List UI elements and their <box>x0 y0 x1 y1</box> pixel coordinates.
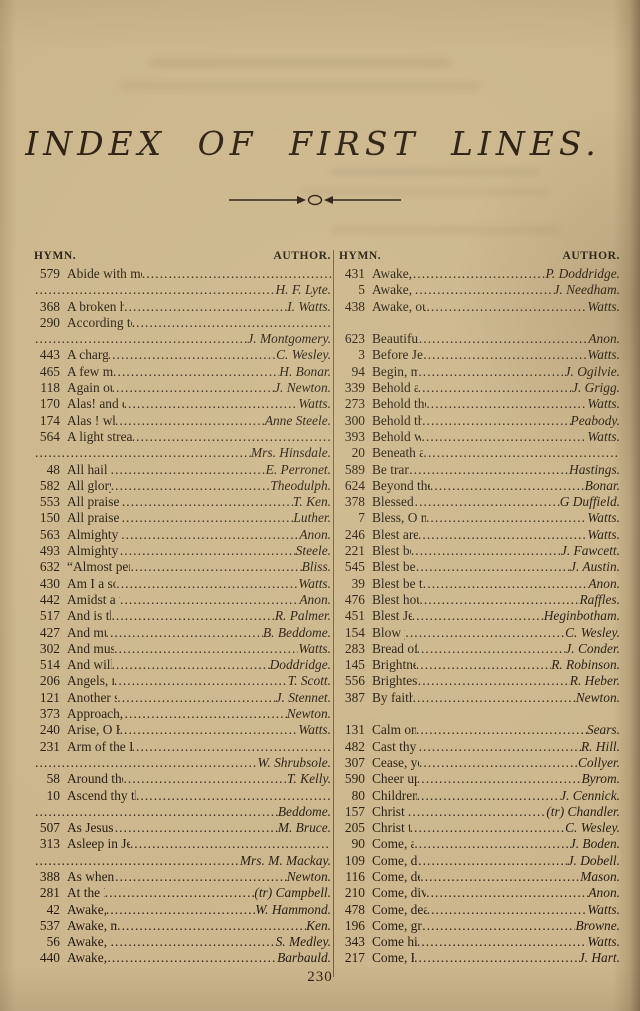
author-name: J. Fawcett. <box>561 543 620 559</box>
dot-leader <box>418 364 564 380</box>
author-name: Watts. <box>587 510 620 526</box>
dot-leader <box>418 853 567 869</box>
hymn-number: 564 <box>34 429 60 445</box>
first-line: By faith in Christ I walk <box>372 690 413 706</box>
index-entry: 623Beautiful Zion, built aboveAnon. <box>339 331 620 347</box>
hymn-number: 624 <box>339 478 365 494</box>
hymn-number: 443 <box>34 347 60 363</box>
first-line: Blessed Saviour ! thee I love <box>372 494 415 510</box>
hymn-number: 476 <box>339 592 365 608</box>
dot-leader <box>115 820 278 836</box>
hymn-number: 537 <box>34 918 60 934</box>
dot-leader <box>122 510 294 526</box>
author-name: Bonar. <box>585 478 620 494</box>
author-name: W. Shrubsole. <box>257 755 331 771</box>
hymn-number: 94 <box>339 364 365 380</box>
index-entry: 537Awake, my soul, and withKen. <box>34 918 331 934</box>
dot-leader <box>117 690 275 706</box>
hymn-number: 623 <box>339 331 365 347</box>
bleedthrough-smudge <box>330 226 560 234</box>
author-name: T. Ken. <box>293 494 331 510</box>
hymn-number: 589 <box>339 462 365 478</box>
dot-leader <box>105 885 255 901</box>
dot-leader <box>419 592 579 608</box>
first-line: Christ the Lord, is risen <box>372 820 410 836</box>
author-header: AUTHOR. <box>273 250 331 262</box>
first-line: Bread of heaven ! on thee we <box>372 641 417 657</box>
hymn-number: 553 <box>34 494 60 510</box>
index-entry: 430Am I a soldier of the crossWatts. <box>34 576 331 592</box>
index-entry: 56Awake, my soul, in joyfulS. Medley. <box>34 934 331 950</box>
index-entry: 388As when the weary travelerNewton. <box>34 869 331 885</box>
index-entry: 440Awake, my soul, lift upBarbauld. <box>34 950 331 966</box>
first-line: Awake, my soul, lift up <box>67 950 107 966</box>
first-line: All hail the power of Jesus’ <box>67 462 111 478</box>
hymn-number: 290 <box>34 315 60 331</box>
dot-leader <box>410 820 566 836</box>
hymn-number: 246 <box>339 527 365 543</box>
author-name: T. Scott. <box>288 673 331 689</box>
hymn-number: 438 <box>339 299 365 315</box>
dot-leader <box>122 494 293 510</box>
index-entry: 478Come, dearest Lord, descend andWatts. <box>339 902 620 918</box>
hymn-number: 205 <box>339 820 365 836</box>
index-entry: 431Awake, my soul, stretch everyP. Doddr… <box>339 266 620 282</box>
author-name: J. Ogilvie. <box>565 364 620 380</box>
first-line: And must I part with all <box>67 625 106 641</box>
first-line: At the Lamb’s high feast <box>67 885 105 901</box>
first-line: All praise to thee, Eternal Lord <box>67 510 122 526</box>
hymn-number: 590 <box>339 771 365 787</box>
dot-leader <box>418 673 570 689</box>
dot-leader <box>142 266 331 282</box>
author-name: Browne. <box>575 918 620 934</box>
index-entry: 590Cheer up, desponding soulByrom. <box>339 771 620 787</box>
index-entry: 589Be tranquil, O my soulHastings. <box>339 462 620 478</box>
first-line: Come, all ye saints of God <box>372 836 414 852</box>
author-name: Bliss. <box>302 559 331 575</box>
first-line: Arise, O King of grace, arise <box>67 722 120 738</box>
author-name: Barbauld. <box>277 950 331 966</box>
dot-leader <box>113 364 279 380</box>
dot-leader <box>123 771 287 787</box>
index-entry: 281At the Lamb’s high feast(tr) Campbell… <box>34 885 331 901</box>
dot-leader <box>112 657 270 673</box>
dot-leader <box>121 527 299 543</box>
index-entry-continuation: H. F. Lyte. <box>34 282 331 298</box>
first-line: Blest be thy love, dear Lord <box>372 559 416 575</box>
hymn-number: 3 <box>339 347 365 363</box>
dot-leader <box>423 576 589 592</box>
hymn-number: 121 <box>34 690 60 706</box>
hymn-number: 170 <box>34 396 60 412</box>
hymn-number: 109 <box>339 853 365 869</box>
dot-leader <box>130 559 301 575</box>
author-name: E. Perronet. <box>266 462 331 478</box>
index-entry: 154Blow ye the trumpetC. Wesley. <box>339 625 620 641</box>
hymn-number: 339 <box>339 380 365 396</box>
first-line: Before Jehovah’s awful throne <box>372 347 423 363</box>
author-name: Watts. <box>587 527 620 543</box>
index-entry: 121Another six days’ work is doneJ. Sten… <box>34 690 331 706</box>
index-entry: 553All praise to thee, my God, thisT. Ke… <box>34 494 331 510</box>
first-line: Be tranquil, O my soul <box>372 462 409 478</box>
index-entry: 482Cast thy burden on the LordR. Hill. <box>339 739 620 755</box>
dot-leader <box>35 445 251 461</box>
index-entry: 387By faith in Christ I walkNewton. <box>339 690 620 706</box>
first-line: Beautiful Zion, built above <box>372 331 419 347</box>
index-entry: 442Amidst a world of hopes andAnon. <box>34 592 331 608</box>
first-line: According to thy gracious word <box>67 315 132 331</box>
hymn-number: 10 <box>34 788 60 804</box>
dot-leader <box>132 739 331 755</box>
author-name: (tr) Campbell. <box>254 885 331 901</box>
hymn-number: 368 <box>34 299 60 315</box>
dot-leader <box>415 282 554 298</box>
author-name: R. Robinson. <box>551 657 620 673</box>
first-line: Ascend thy throne, Almighty King <box>67 788 136 804</box>
first-line: Come, Holy Spirit, come <box>372 950 414 966</box>
dot-leader <box>120 592 299 608</box>
dot-leader <box>132 315 331 331</box>
first-line: A light streams downward from <box>67 429 132 445</box>
dot-leader <box>124 299 287 315</box>
first-line: All praise to thee, my God, this <box>67 494 122 510</box>
first-line: Blest be the tie that binds <box>372 543 411 559</box>
dot-leader <box>422 413 570 429</box>
index-entry: 476Blest hour, when mortal manRaffles. <box>339 592 620 608</box>
index-entry: 5Awake, my tongue, thy tributeJ. Needham… <box>339 282 620 298</box>
author-name: J. Newton. <box>274 380 331 396</box>
index-entry: 368A broken heart, my God, my KingI. Wat… <box>34 299 331 315</box>
dot-leader <box>423 445 620 461</box>
index-entry: 564A light streams downward from <box>34 429 331 445</box>
index-entry: 507As Jesus died and rose againM. Bruce. <box>34 820 331 836</box>
dot-leader <box>408 804 546 820</box>
first-line: Cast thy burden on the Lord <box>372 739 419 755</box>
first-line: Calm on the listening ear <box>372 722 416 738</box>
first-line: Behold the western evening light <box>372 413 422 429</box>
author-name: C. Wesley. <box>565 625 620 641</box>
dot-leader <box>111 462 266 478</box>
first-line: Cease, ye mourners, cease to <box>372 755 419 771</box>
author-name: Watts. <box>587 934 620 950</box>
book-page: { "page": { "title": "INDEX OF FIRST LIN… <box>0 0 640 1011</box>
hymn-number: 150 <box>34 510 60 526</box>
index-entry: 150All praise to thee, Eternal LordLuthe… <box>34 510 331 526</box>
author-name: Mason. <box>580 869 620 885</box>
page-title: INDEX OF FIRST LINES. <box>0 124 626 163</box>
index-entry: 116Come, dearest Lord, and feedMason. <box>339 869 620 885</box>
hymn-number: 493 <box>34 543 60 559</box>
first-line: Another six days’ work is done <box>67 690 117 706</box>
dot-leader <box>416 559 570 575</box>
dot-leader <box>413 690 576 706</box>
author-name: (tr) Chandler. <box>546 804 620 820</box>
first-line: Awake, my soul, in joyful <box>67 934 111 950</box>
dot-leader <box>108 347 276 363</box>
hymn-number: 300 <box>339 413 365 429</box>
index-entry: 231Arm of the Lord, awake, awake <box>34 739 331 755</box>
index-entry: 118Again our earthly cares weJ. Newton. <box>34 380 331 396</box>
author-name: Watts. <box>587 902 620 918</box>
author-name: H. F. Lyte. <box>275 282 331 298</box>
dot-leader <box>414 950 579 966</box>
bleedthrough-smudge <box>120 82 480 90</box>
dot-leader <box>124 396 299 412</box>
index-entry: 438Awake, our souls, away our fearsWatts… <box>339 299 620 315</box>
first-line: Awake, my soul, and with <box>67 918 117 934</box>
author-name: Mrs. Hinsdale. <box>251 445 331 461</box>
index-entry: 493Almighty maker of my frameSteele. <box>34 543 331 559</box>
first-line: And must this body die ? <box>67 641 114 657</box>
dot-leader <box>130 836 331 852</box>
hymn-number: 90 <box>339 836 365 852</box>
dot-leader <box>418 380 572 396</box>
first-line: “Almost persuaded,” now to believe <box>67 559 130 575</box>
index-entry: 240Arise, O King of grace, ariseWatts. <box>34 722 331 738</box>
author-name: T. Kelly. <box>287 771 331 787</box>
author-name: Hastings. <box>569 462 620 478</box>
hymn-number: 378 <box>339 494 365 510</box>
author-name: R. Heber. <box>570 673 620 689</box>
hymn-number: 157 <box>339 804 365 820</box>
hymn-number: 56 <box>34 934 60 950</box>
dot-leader <box>411 543 561 559</box>
dot-leader <box>426 299 587 315</box>
first-line: Cheer up, desponding soul <box>372 771 417 787</box>
index-entry: 170Alas! and did my Saviour bleedWatts. <box>34 396 331 412</box>
dot-leader <box>418 527 587 543</box>
first-line: Angels, roll the rock away <box>67 673 114 689</box>
dot-leader <box>116 576 298 592</box>
hymn-number: 507 <box>34 820 60 836</box>
first-line: Bless, O my soul, the living God <box>372 510 426 526</box>
dot-leader <box>414 836 569 852</box>
index-entry-continuation: J. Montgomery. <box>34 331 331 347</box>
dot-leader <box>430 478 585 494</box>
first-line: Brightest and best of the sons <box>372 673 418 689</box>
index-entry: 210Come, divine and peaceful guestAnon. <box>339 885 620 901</box>
dot-leader <box>423 347 587 363</box>
author-name: Newton. <box>287 706 331 722</box>
index-entry: 373Approach, my soul, the mercy seatNewt… <box>34 706 331 722</box>
hymn-number: 545 <box>339 559 365 575</box>
hymn-number: 118 <box>34 380 60 396</box>
index-entry: 465A few more years shall rollH. Bonar. <box>34 364 331 380</box>
dot-leader <box>112 380 274 396</box>
hymn-number: 145 <box>339 657 365 673</box>
dot-leader <box>115 869 287 885</box>
index-entry: 624Beyond the smiling and the weepingBon… <box>339 478 620 494</box>
author-name: Watts. <box>298 641 331 657</box>
author-name: Beddome. <box>278 804 331 820</box>
first-line: And is there, Lord, a rest ? <box>67 608 111 624</box>
first-line: Awake, my soul, stretch every <box>372 266 413 282</box>
first-line: Almighty Father, hear our cry <box>67 527 121 543</box>
index-entry: 273Behold the sure foundation stoneWatts… <box>339 396 620 412</box>
first-line: Children of the heavenly King <box>372 788 417 804</box>
author-name: Anon. <box>299 592 331 608</box>
author-name: Anon. <box>588 576 620 592</box>
dot-leader <box>417 641 566 657</box>
dot-leader <box>421 429 587 445</box>
author-name: J. Montgomery. <box>247 331 331 347</box>
author-name: Watts. <box>587 429 620 445</box>
hymn-number: 442 <box>34 592 60 608</box>
index-entry: 556Brightest and best of the sonsR. Hebe… <box>339 673 620 689</box>
hymn-number: 196 <box>339 918 365 934</box>
first-line: Blow ye the trumpet <box>372 625 405 641</box>
divider-ornament-icon <box>0 192 630 213</box>
hymn-number: 465 <box>34 364 60 380</box>
dot-leader <box>120 543 296 559</box>
index-entry-continuation: W. Shrubsole. <box>34 755 331 771</box>
index-entry: 579Abide with me ! Fast falls the eventi… <box>34 266 331 282</box>
first-line: Come, dearest Lord, and bless <box>372 853 418 869</box>
hymn-number: 307 <box>339 755 365 771</box>
dot-leader <box>111 934 276 950</box>
hymn-number: 343 <box>339 934 365 950</box>
dot-leader <box>35 331 247 347</box>
hymn-number: 563 <box>34 527 60 543</box>
section-gap <box>339 706 620 722</box>
first-line: Beyond the smiling and the weeping <box>372 478 430 494</box>
first-line: Blest hour, when mortal man <box>372 592 419 608</box>
hymn-number: 281 <box>34 885 60 901</box>
author-name: Watts. <box>298 722 331 738</box>
index-entry: 145Brightness of the Father’s gloryR. Ro… <box>339 657 620 673</box>
index-column-right: HYMN. AUTHOR. 431Awake, my soul, stretch… <box>339 250 620 967</box>
index-entry: 90Come, all ye saints of GodJ. Boden. <box>339 836 620 852</box>
index-entry: 427And must I part with allB. Beddome. <box>34 625 331 641</box>
author-name: Peabody. <box>571 413 620 429</box>
dot-leader <box>114 673 288 689</box>
hymn-number: 48 <box>34 462 60 478</box>
index-entry: 109Come, dearest Lord, and blessJ. Dobel… <box>339 853 620 869</box>
hymn-number: 7 <box>339 510 365 526</box>
author-name: Anon. <box>588 885 620 901</box>
dot-leader <box>417 771 582 787</box>
author-name: S. Medley. <box>276 934 331 950</box>
dot-leader <box>427 902 588 918</box>
first-line: Behold what wondrous grace <box>372 429 421 445</box>
dot-leader <box>106 625 263 641</box>
author-header: AUTHOR. <box>562 250 620 262</box>
hymn-number: 514 <box>34 657 60 673</box>
index-entry: 290According to thy gracious word <box>34 315 331 331</box>
hymn-number: 556 <box>339 673 365 689</box>
first-line: Blest are the sons of peace <box>372 527 418 543</box>
hymn-number: 582 <box>34 478 60 494</box>
author-name: Steele. <box>296 543 331 559</box>
first-line: As Jesus died and rose again <box>67 820 115 836</box>
index-entry: 582All glory, praise and honorTheodulph. <box>34 478 331 494</box>
hymn-number: 632 <box>34 559 60 575</box>
hymn-number: 116 <box>339 869 365 885</box>
author-name: Byrom. <box>581 771 620 787</box>
index-entry: 632“Almost persuaded,” now to believeBli… <box>34 559 331 575</box>
first-line: Again our earthly cares we <box>67 380 112 396</box>
hymn-number: 388 <box>34 869 60 885</box>
index-entry: 205Christ the Lord, is risenC. Wesley. <box>339 820 620 836</box>
dot-leader <box>419 739 581 755</box>
author-name: R. Palmer. <box>275 608 331 624</box>
hymn-number: 430 <box>34 576 60 592</box>
dot-leader <box>412 608 544 624</box>
author-name: Watts. <box>587 396 620 412</box>
first-line: Come, dearest Lord, and feed <box>372 869 420 885</box>
index-entry-continuation: Mrs. Hinsdale. <box>34 445 331 461</box>
hymn-number: 206 <box>34 673 60 689</box>
index-entry: 174Alas ! what hourly dangers riseAnne S… <box>34 413 331 429</box>
dot-leader <box>35 804 278 820</box>
index-entry: 3Before Jehovah’s awful throneWatts. <box>339 347 620 363</box>
hymn-number: 482 <box>339 739 365 755</box>
index-entry: 246Blest are the sons of peaceWatts. <box>339 527 620 543</box>
author-name: B. Beddome. <box>263 625 331 641</box>
author-name: Watts. <box>587 299 620 315</box>
dot-leader <box>419 755 578 771</box>
hymn-number: 478 <box>339 902 365 918</box>
author-name: Mrs. M. Mackay. <box>240 853 331 869</box>
index-entry: 221Blest be the tie that bindsJ. Fawcett… <box>339 543 620 559</box>
hymn-number: 131 <box>339 722 365 738</box>
dot-leader <box>115 413 265 429</box>
dot-leader <box>417 788 561 804</box>
first-line: A charge to keep I have <box>67 347 108 363</box>
first-line: Approach, my soul, the mercy seat <box>67 706 125 722</box>
index-entry: 451Blest Jesus, when my soaringHeginboth… <box>339 608 620 624</box>
index-entry: 48All hail the power of Jesus’E. Perrone… <box>34 462 331 478</box>
index-entry: 157Christ is our corner-stone(tr) Chandl… <box>339 804 620 820</box>
hymn-number: 313 <box>34 836 60 852</box>
index-entry: 39Blest be thou, O God of IsraelAnon. <box>339 576 620 592</box>
first-line: Am I a soldier of the cross <box>67 576 116 592</box>
author-name: J. Boden. <box>570 836 620 852</box>
hymn-number: 231 <box>34 739 60 755</box>
first-line: Begin, my soul, the exalted lay <box>372 364 418 380</box>
index-entry: 80Children of the heavenly KingJ. Cennic… <box>339 788 620 804</box>
hymn-number: 20 <box>339 445 365 461</box>
first-line: Alas! and did my Saviour bleed <box>67 396 124 412</box>
index-entry: 343Come hither, all ye wearyWatts. <box>339 934 620 950</box>
author-name: Newton. <box>287 869 331 885</box>
index-entry: 10Ascend thy throne, Almighty King <box>34 788 331 804</box>
dot-leader <box>111 478 271 494</box>
first-line: Alas ! what hourly dangers rise <box>67 413 115 429</box>
first-line: Awake, and sing the song <box>67 902 106 918</box>
index-entry-continuation: Beddome. <box>34 804 331 820</box>
author-name: Raffles. <box>579 592 620 608</box>
dot-leader <box>136 788 331 804</box>
author-name: J. Stennet. <box>276 690 331 706</box>
author-name: Doddridge. <box>270 657 331 673</box>
first-line: Behold the sure foundation stone <box>372 396 426 412</box>
index-entry: 42Awake, and sing the songW. Hammond. <box>34 902 331 918</box>
author-name: J. Austin. <box>570 559 620 575</box>
dot-leader <box>422 918 575 934</box>
first-line: Behold a stranger at the door <box>372 380 418 396</box>
first-line: Amidst a world of hopes and <box>67 592 120 608</box>
author-name: Watts. <box>587 347 620 363</box>
hymn-number: 240 <box>34 722 60 738</box>
hymn-header: HYMN. <box>339 250 381 262</box>
index-entry: 131Calm on the listening earSears. <box>339 722 620 738</box>
dot-leader <box>426 885 588 901</box>
first-line: All glory, praise and honor <box>67 478 111 494</box>
dot-leader <box>111 608 274 624</box>
